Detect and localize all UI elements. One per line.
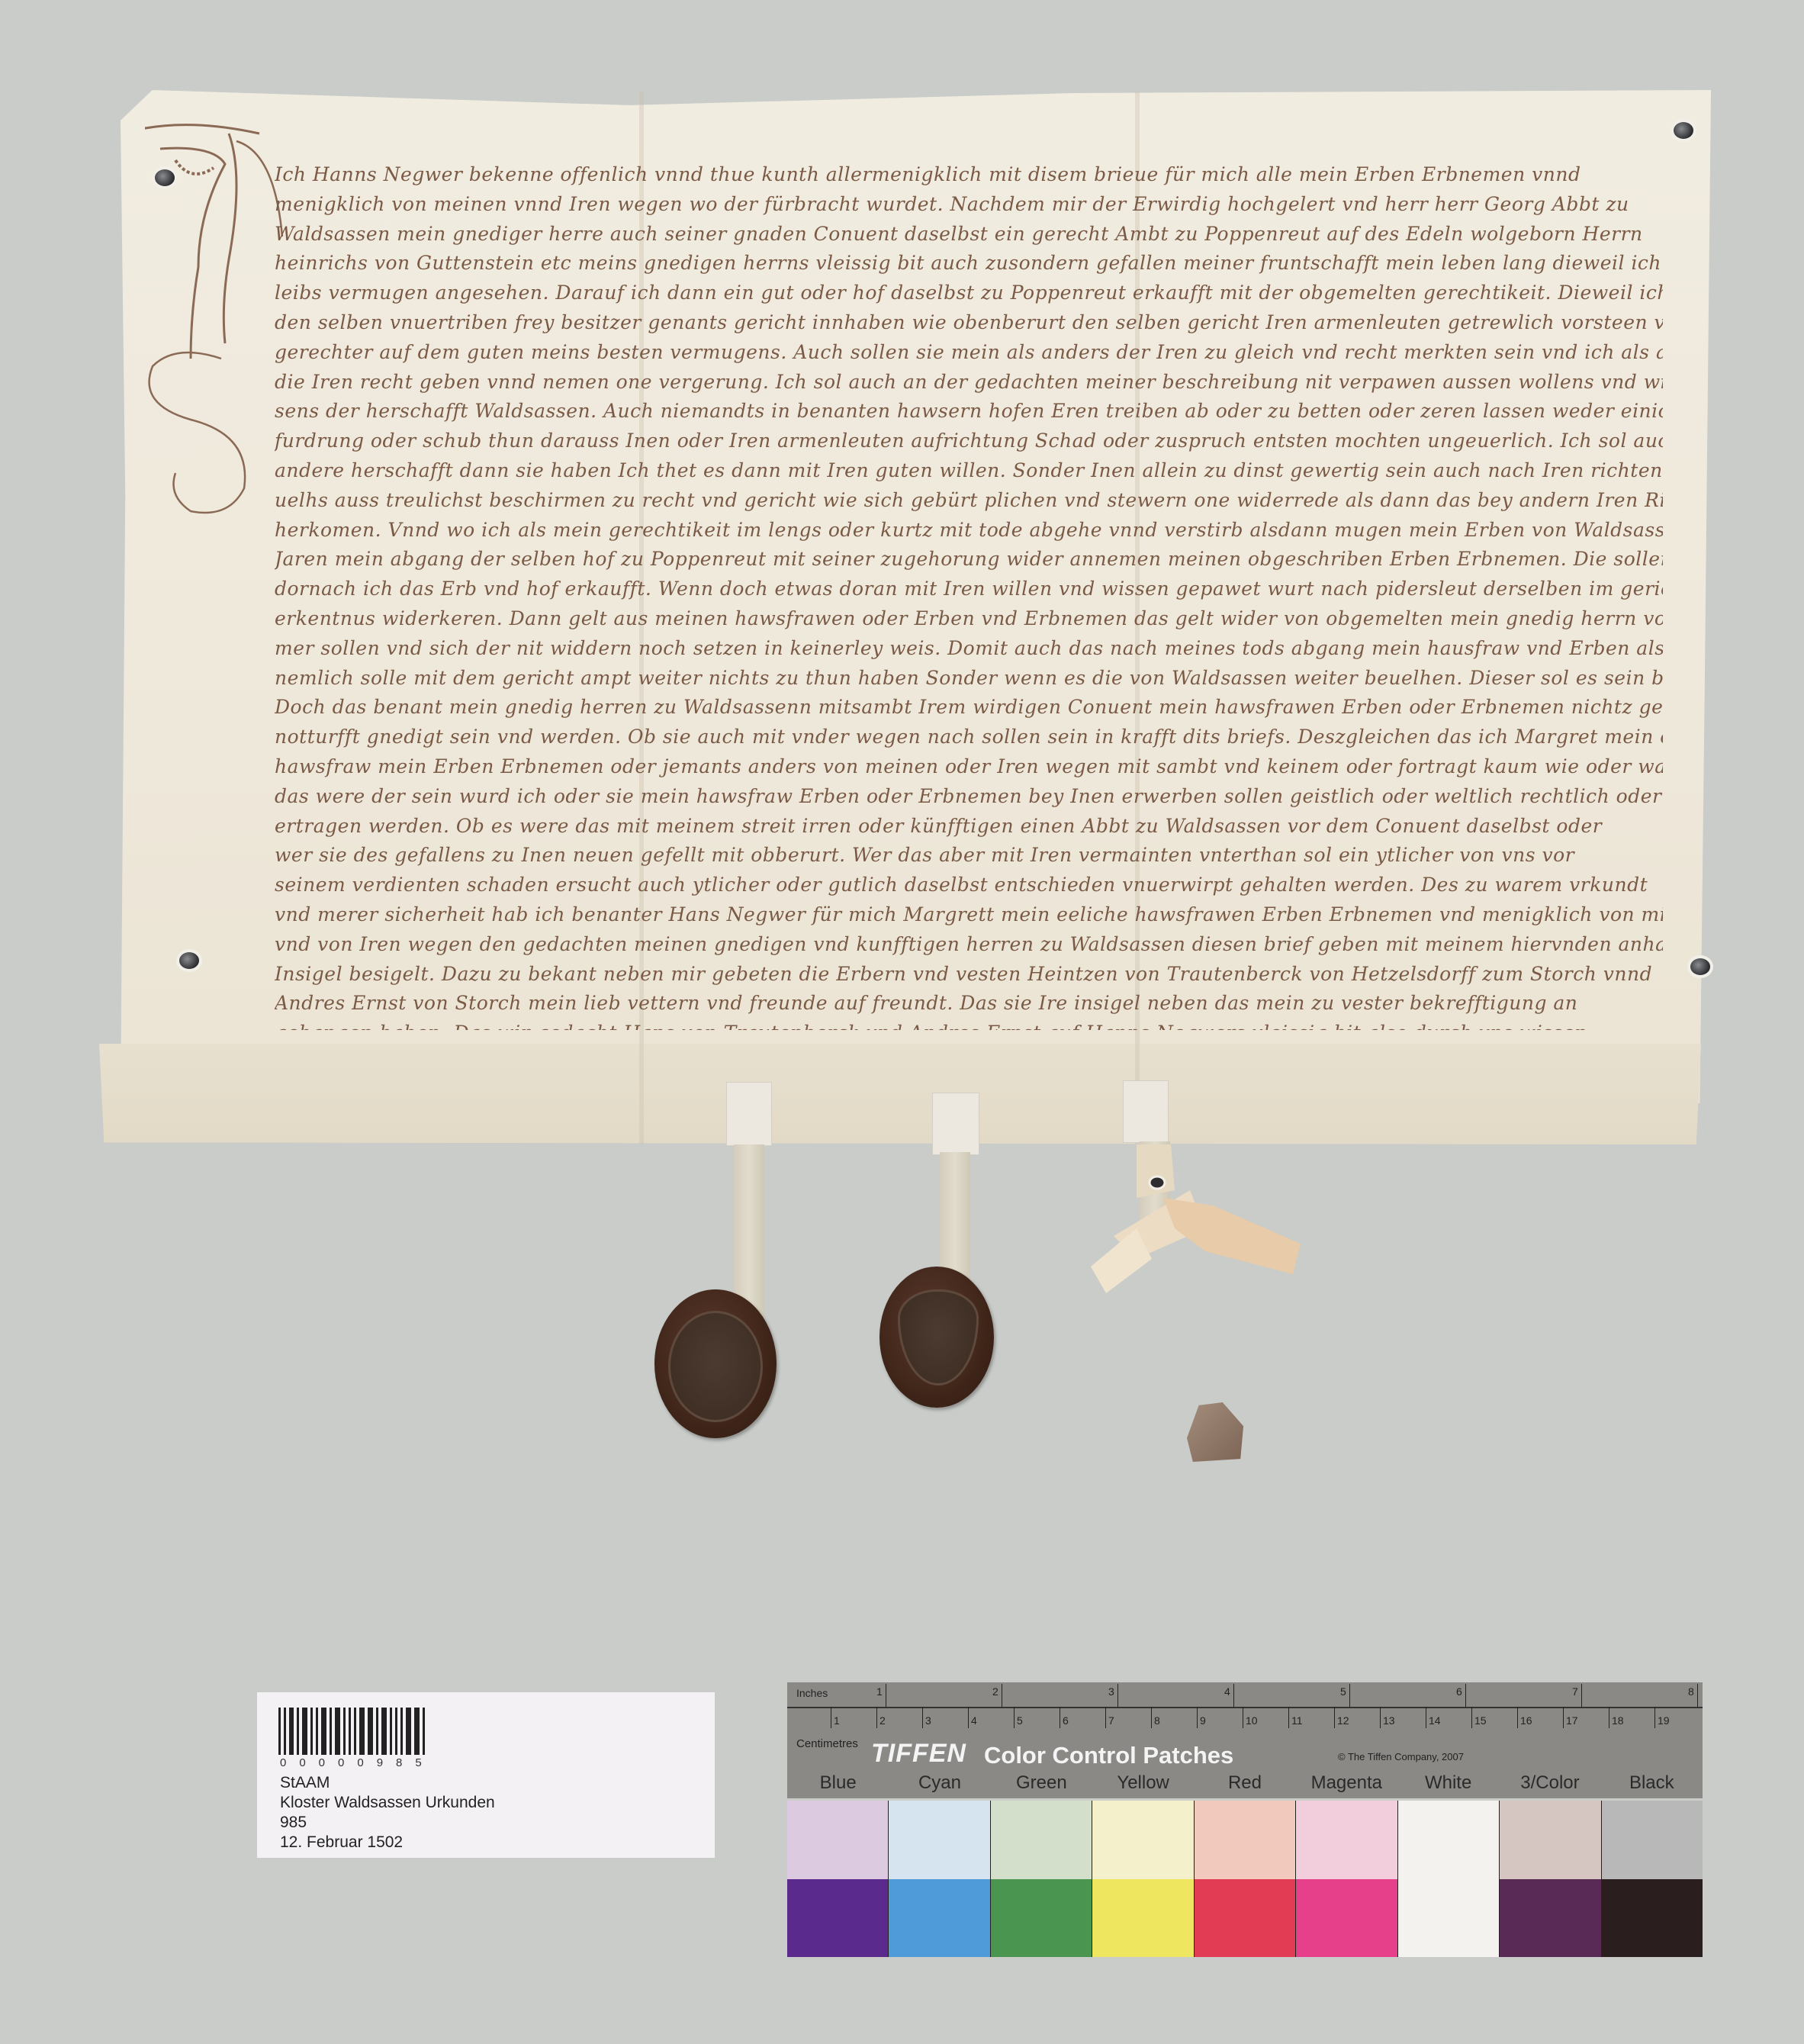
barcode-icon [278,1708,428,1755]
ruler-tick [1517,1707,1518,1728]
centimetres-label: Centimetres [796,1737,858,1750]
charter-text-line: Insigel besigelt. Dazu zu bekant neben m… [275,960,1663,990]
color-control-chart: Inches 12345678 123456789101112131415161… [787,1682,1703,1965]
ruler-tick [1105,1707,1106,1728]
ruler-tick [1117,1684,1118,1707]
ruler-tick [1471,1707,1472,1728]
charter-text-line: ertragen werden. Ob es were das mit mein… [275,812,1663,842]
charter-text-line: Jaren mein abgang der selben hof zu Popp… [275,545,1663,575]
cm-number: 3 [925,1714,931,1727]
patch-column [1194,1801,1295,1957]
ruler-tick [922,1707,923,1728]
ruler-tick [1014,1707,1015,1728]
dark-patch [1195,1879,1295,1958]
light-patch [1500,1801,1600,1879]
inch-number: 8 [1688,1685,1694,1698]
charter-text-line: den selben vnuertriben frey besitzer gen… [275,308,1663,338]
light-patch [787,1801,888,1879]
patch-column [1397,1801,1499,1957]
inch-number: 4 [1224,1685,1230,1698]
cm-number: 12 [1337,1714,1349,1727]
ruler-tick [1288,1707,1289,1728]
patch-name: Black [1601,1772,1703,1794]
document-number: 985 [280,1813,495,1833]
patch-column [990,1801,1092,1957]
charter-text-line: heinrichs von Guttenstein etc meins gned… [275,249,1663,278]
patch-name: Green [991,1772,1092,1794]
ruler-tick [1233,1684,1234,1707]
barcode-number: 00000985 [280,1756,435,1769]
patch-name: 3/Color [1499,1772,1600,1794]
charter-text-line: erkentnus widerkeren. Dann gelt aus mein… [275,604,1663,634]
ruler-tick [1151,1707,1152,1728]
ruler-tick [1197,1707,1198,1728]
charter-text-line: Doch das benant mein gnedig herren zu Wa… [275,693,1663,723]
charter-text-line: seinem verdienten schaden ersucht auch y… [275,871,1663,900]
dark-patch [889,1879,989,1958]
cm-number: 19 [1658,1714,1670,1727]
inch-number: 5 [1340,1685,1346,1698]
patch-column [787,1801,888,1957]
ruler-tick [1654,1707,1655,1728]
inches-label: Inches [796,1687,828,1699]
charter-text-line: leibs vermugen angesehen. Darauf ich dan… [275,278,1663,308]
patch-name: Yellow [1092,1772,1194,1794]
wax-seal-2 [879,1267,994,1408]
charter-text-line: Waldsassen mein gnediger herre auch sein… [275,220,1663,249]
charter-text-line: dornach ich das Erb vnd hof erkaufft. We… [275,575,1663,604]
charter-text-line: die Iren recht geben vnnd nemen one verg… [275,368,1663,398]
archive-name: StAAM [280,1773,495,1793]
patch-column [1499,1801,1600,1957]
patch-column [888,1801,989,1957]
charter-text-line: mer sollen vnd sich der nit widdern noch… [275,634,1663,664]
seal-strap-slot [726,1082,772,1146]
wax-seal-fragment [1187,1402,1246,1462]
charter-text-line: vnd merer sicherheit hab ich benanter Ha… [275,900,1663,930]
charter-text-line: das were der sein wurd ich oder sie mein… [275,782,1663,812]
charter-text-line: Andres Ernst von Storch mein lieb vetter… [275,989,1663,1019]
ruler-tick [1697,1684,1698,1707]
chart-header: Inches 12345678 123456789101112131415161… [787,1682,1703,1798]
inch-number: 1 [876,1685,883,1698]
seal-strap-slot [1123,1080,1169,1143]
cm-number: 10 [1246,1714,1258,1727]
inch-number: 2 [992,1685,998,1698]
patch-name: Blue [787,1772,889,1794]
cm-number: 16 [1520,1714,1532,1727]
ruler-tick [1380,1707,1381,1728]
collection-name: Kloster Waldsassen Urkunden [280,1793,495,1813]
cm-number: 7 [1108,1714,1114,1727]
inch-ruler: Inches 12345678 [787,1684,1703,1708]
patch-name: Red [1194,1772,1295,1794]
patch-name: Magenta [1296,1772,1397,1794]
charter-text-line: vnd von Iren wegen den gedachten meinen … [275,930,1663,960]
ruler-tick [876,1707,877,1728]
ruler-tick [968,1707,969,1728]
cm-number: 8 [1154,1714,1160,1727]
ruler-tick [1581,1684,1582,1707]
dark-patch [1602,1879,1703,1958]
wax-seal-1 [654,1289,777,1438]
mounting-pin-icon [1690,958,1710,975]
chart-title: Color Control Patches [984,1742,1233,1769]
dark-patch [1500,1879,1600,1958]
inch-number: 3 [1108,1685,1114,1698]
cm-number: 13 [1383,1714,1395,1727]
ruler-tick [1465,1684,1466,1707]
cm-number: 17 [1566,1714,1578,1727]
charter-text-line: herkomen. Vnnd wo ich als mein gerechtik… [275,516,1663,546]
ruler-tick [1002,1684,1002,1707]
light-patch [1602,1801,1703,1879]
charter-text-line: gerechter auf dem guten meins besten ver… [275,338,1663,368]
charter-text-line: notturfft gnedigt sein vnd werden. Ob si… [275,723,1663,752]
cm-number: 6 [1063,1714,1069,1727]
dark-patch [1398,1879,1499,1958]
cm-number: 14 [1429,1714,1441,1727]
cm-number: 18 [1612,1714,1624,1727]
seal-strap-slot [932,1093,979,1155]
ruler-tick [831,1707,831,1728]
patch-name: White [1397,1772,1499,1794]
charter-text-line: wer sie des gefallens zu Inen neuen gefe… [275,841,1663,871]
patch-names: Blue Cyan Green Yellow Red Magenta White… [787,1772,1703,1794]
charter-text-line: Ich Hanns Negwer bekenne offenlich vnnd … [275,160,1663,190]
charter-plica-fold [99,1044,1701,1144]
centimetre-ruler: 12345678910111213141516171819 [787,1707,1703,1731]
dark-patch [787,1879,888,1958]
light-patch [1296,1801,1397,1879]
ruler-tick [1563,1707,1564,1728]
dark-patch [991,1879,1092,1958]
document-date: 12. Februar 1502 [280,1833,495,1852]
charter-text-line: andere herschafft dann sie haben Ich the… [275,456,1663,486]
cm-number: 15 [1474,1714,1487,1727]
light-patch [1398,1801,1499,1879]
ruler-tick [886,1684,886,1707]
charter-text-line: uelhs auss treulichst beschirmen zu rech… [275,486,1663,516]
charter-text-line: gehangen haben. Das wir gedacht Hans von… [275,1019,1663,1030]
cm-number: 2 [879,1714,886,1727]
ruler-tick [1334,1707,1335,1728]
coat-of-arms-icon [898,1289,979,1386]
ruler-tick [1426,1707,1426,1728]
tiffen-logo: TIFFEN [871,1739,966,1769]
charter-text-line: nemlich solle mit dem gericht ampt weite… [275,664,1663,694]
cm-number: 1 [834,1714,840,1727]
inch-number: 6 [1456,1685,1462,1698]
patch-column [1601,1801,1703,1957]
charter-text-line: menigklich von meinen vnnd Iren wegen wo… [275,190,1663,220]
copyright-text: © The Tiffen Company, 2007 [1338,1751,1464,1762]
patch-name: Cyan [889,1772,990,1794]
ruler-tick [1349,1684,1350,1707]
color-patches [787,1801,1703,1957]
dark-patch [1296,1879,1397,1958]
seal-tag-knot-icon [1091,1144,1312,1297]
ruler-tick [1609,1707,1609,1728]
light-patch [1092,1801,1193,1879]
charter-text-line: hawsfraw mein Erben Erbnemen oder jemant… [275,752,1663,782]
cm-number: 9 [1200,1714,1206,1727]
light-patch [889,1801,989,1879]
light-patch [1195,1801,1295,1879]
cm-number: 11 [1291,1714,1303,1727]
cm-number: 5 [1017,1714,1023,1727]
charter-text-line: sens der herschafft Waldsassen. Auch nie… [275,397,1663,427]
patch-column [1092,1801,1193,1957]
inch-number: 7 [1572,1685,1578,1698]
ruler-tick [1060,1707,1060,1728]
dark-patch [1092,1879,1193,1958]
cm-number: 4 [971,1714,977,1727]
charter-text: Ich Hanns Negwer bekenne offenlich vnnd … [275,160,1663,1030]
charter-text-line: furdrung oder schub thun darauss Inen od… [275,427,1663,456]
ruler-tick [1243,1707,1243,1728]
seal-impression-icon [668,1311,763,1422]
patch-column [1295,1801,1397,1957]
mounting-pin-icon [1674,122,1693,139]
light-patch [991,1801,1092,1879]
archive-label: 00000985 StAAM Kloster Waldsassen Urkund… [257,1692,715,1858]
mounting-pin-icon [179,952,199,969]
